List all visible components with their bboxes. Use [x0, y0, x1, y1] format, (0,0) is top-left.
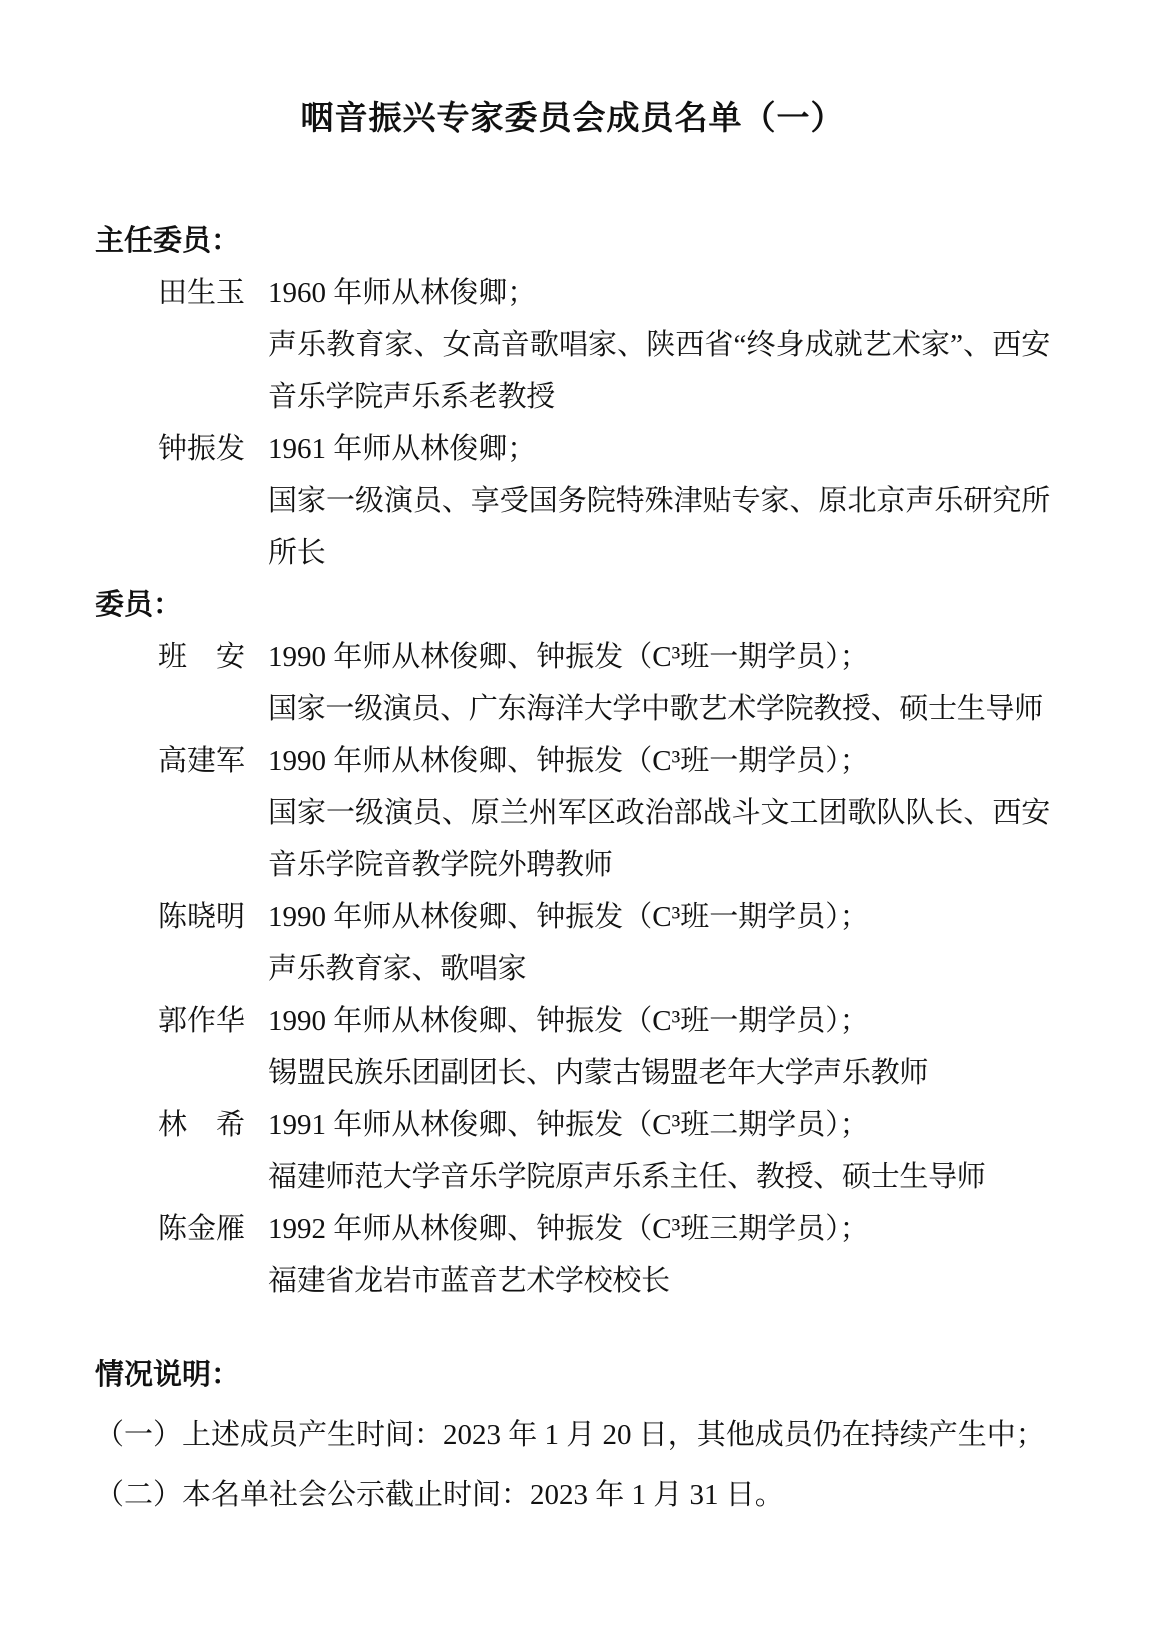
member-desc: 1991 年师从林俊卿、钟振发（C³班二期学员）； 福建师范大学音乐学院原声乐系… [268, 1099, 1050, 1203]
member-desc: 1960 年师从林俊卿； 声乐教育家、女高音歌唱家、陕西省“终身成就艺术家”、西… [268, 267, 1050, 423]
member-desc: 1961 年师从林俊卿； 国家一级演员、享受国务院特殊津贴专家、原北京声乐研究所… [268, 423, 1050, 579]
member-roles: 福建省龙岩市蓝音艺术学校校长 [268, 1255, 1050, 1307]
member-intro: 1960 年师从林俊卿； [268, 267, 1050, 319]
member-roles: 锡盟民族乐团副团长、内蒙古锡盟老年大学声乐教师 [268, 1047, 1050, 1099]
member-desc: 1990 年师从林俊卿、钟振发（C³班一期学员）； 国家一级演员、原兰州军区政治… [268, 735, 1050, 891]
member-roles: 国家一级演员、享受国务院特殊津贴专家、原北京声乐研究所所长 [268, 475, 1050, 579]
member-entry: 班 安 1990 年师从林俊卿、钟振发（C³班一期学员）； 国家一级演员、广东海… [95, 631, 1050, 735]
note-item-2: （二）本名单社会公示截止时间：2023 年 1 月 31 日。 [95, 1465, 1050, 1525]
member-entry: 陈晓明 1990 年师从林俊卿、钟振发（C³班一期学员）； 声乐教育家、歌唱家 [95, 891, 1050, 995]
document-page: 咽音振兴专家委员会成员名单（一） 主任委员： 田生玉 1960 年师从林俊卿； … [0, 0, 1160, 1640]
member-name: 林 希 [158, 1099, 248, 1151]
member-roles: 声乐教育家、女高音歌唱家、陕西省“终身成就艺术家”、西安音乐学院声乐系老教授 [268, 319, 1050, 423]
member-entry: 钟振发 1961 年师从林俊卿； 国家一级演员、享受国务院特殊津贴专家、原北京声… [95, 423, 1050, 579]
member-entry: 陈金雁 1992 年师从林俊卿、钟振发（C³班三期学员）； 福建省龙岩市蓝音艺术… [95, 1203, 1050, 1307]
member-intro: 1990 年师从林俊卿、钟振发（C³班一期学员）； [268, 891, 1050, 943]
notes-heading: 情况说明： [95, 1345, 1050, 1405]
member-name: 郭作华 [158, 995, 248, 1047]
member-entry: 郭作华 1990 年师从林俊卿、钟振发（C³班一期学员）； 锡盟民族乐团副团长、… [95, 995, 1050, 1099]
member-name: 高建军 [158, 735, 248, 787]
member-desc: 1990 年师从林俊卿、钟振发（C³班一期学员）； 声乐教育家、歌唱家 [268, 891, 1050, 995]
member-desc: 1990 年师从林俊卿、钟振发（C³班一期学员）； 锡盟民族乐团副团长、内蒙古锡… [268, 995, 1050, 1099]
member-intro: 1991 年师从林俊卿、钟振发（C³班二期学员）； [268, 1099, 1050, 1151]
section-heading-members: 委员： [95, 579, 1050, 631]
member-name: 钟振发 [158, 423, 248, 475]
member-desc: 1992 年师从林俊卿、钟振发（C³班三期学员）； 福建省龙岩市蓝音艺术学校校长 [268, 1203, 1050, 1307]
note-item-1: （一）上述成员产生时间：2023 年 1 月 20 日，其他成员仍在持续产生中； [95, 1405, 1050, 1465]
member-name: 陈晓明 [158, 891, 248, 943]
member-intro: 1990 年师从林俊卿、钟振发（C³班一期学员）； [268, 631, 1050, 683]
member-intro: 1990 年师从林俊卿、钟振发（C³班一期学员）； [268, 995, 1050, 1047]
member-intro: 1992 年师从林俊卿、钟振发（C³班三期学员）； [268, 1203, 1050, 1255]
member-intro: 1961 年师从林俊卿； [268, 423, 1050, 475]
member-entry: 高建军 1990 年师从林俊卿、钟振发（C³班一期学员）； 国家一级演员、原兰州… [95, 735, 1050, 891]
member-desc: 1990 年师从林俊卿、钟振发（C³班一期学员）； 国家一级演员、广东海洋大学中… [268, 631, 1050, 735]
member-name: 田生玉 [158, 267, 248, 319]
member-entry: 田生玉 1960 年师从林俊卿； 声乐教育家、女高音歌唱家、陕西省“终身成就艺术… [95, 267, 1050, 423]
member-roles: 国家一级演员、广东海洋大学中歌艺术学院教授、硕士生导师 [268, 683, 1050, 735]
document-title: 咽音振兴专家委员会成员名单（一） [95, 98, 1050, 138]
member-entry: 林 希 1991 年师从林俊卿、钟振发（C³班二期学员）； 福建师范大学音乐学院… [95, 1099, 1050, 1203]
member-roles: 福建师范大学音乐学院原声乐系主任、教授、硕士生导师 [268, 1151, 1050, 1203]
member-intro: 1990 年师从林俊卿、钟振发（C³班一期学员）； [268, 735, 1050, 787]
member-roles: 声乐教育家、歌唱家 [268, 943, 1050, 995]
member-name: 陈金雁 [158, 1203, 248, 1255]
member-name: 班 安 [158, 631, 248, 683]
member-roles: 国家一级演员、原兰州军区政治部战斗文工团歌队队长、西安音乐学院音教学院外聘教师 [268, 787, 1050, 891]
section-heading-chairs: 主任委员： [95, 215, 1050, 267]
